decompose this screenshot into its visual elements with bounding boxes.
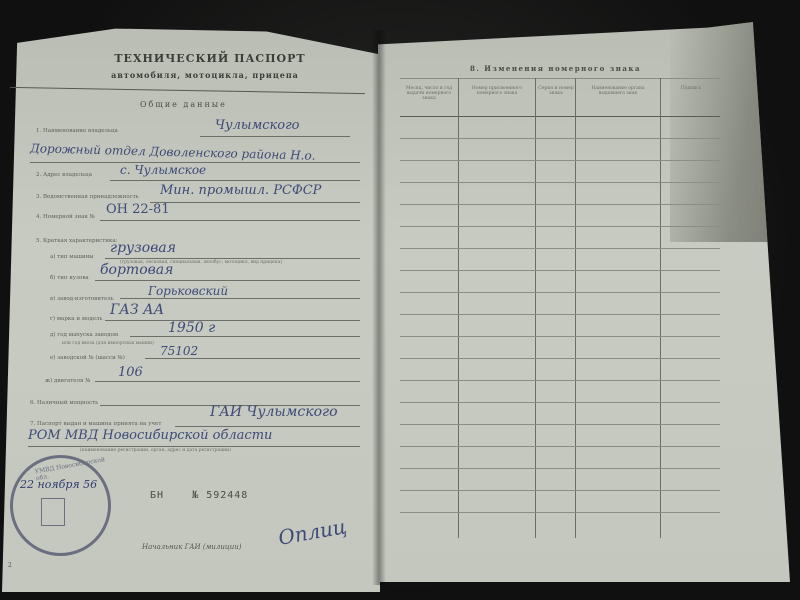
table-row-rule xyxy=(400,446,720,447)
char-b-value: бортовая xyxy=(100,262,173,278)
field-3-value: Мин. промышл. РСФСР xyxy=(160,183,321,198)
table-row-rule xyxy=(400,468,720,469)
table-row-rule xyxy=(400,314,720,315)
char-g-value: 106 xyxy=(118,365,143,380)
field-line xyxy=(130,336,360,337)
field-line xyxy=(110,180,360,181)
right-page xyxy=(378,22,790,582)
field-line xyxy=(100,220,360,221)
table-col-divider xyxy=(575,78,576,538)
field-line xyxy=(105,258,360,259)
changes-table-title: 8. Изменения номерного знака xyxy=(470,64,641,73)
col-header-1: Месяц, число и год выдачи номерного знак… xyxy=(402,86,456,101)
char-d-value: ГАЗ АА xyxy=(110,302,164,318)
field-7-value2: РОМ МВД Новосибирской области xyxy=(28,428,272,443)
char-c-value: Горьковский xyxy=(148,284,228,298)
field-3-label: 3. Ведомственная принадлежность xyxy=(36,194,139,200)
stamp-emblem xyxy=(41,498,65,526)
table-row-rule xyxy=(400,336,720,337)
table-row-rule xyxy=(400,292,720,293)
col-header-5: Подпись xyxy=(662,86,720,91)
passport-subtitle: автомобиля, мотоцикла, прицепа xyxy=(70,70,340,80)
field-1-label: 1. Наименование владельца xyxy=(36,128,118,134)
field-line xyxy=(95,381,360,382)
char-a-value: грузовая xyxy=(110,240,176,256)
table-row-rule xyxy=(400,490,720,491)
field-2-label: 2. Адрес владельца xyxy=(36,172,92,178)
char-e-value: 1950 г xyxy=(168,320,215,336)
table-row-rule xyxy=(400,226,720,227)
characteristics-label: 5. Краткая характеристика: xyxy=(36,238,118,244)
table-header-rule xyxy=(400,116,720,117)
page-number: 2 xyxy=(8,562,12,569)
col-header-2: Номер присвоенного номерного знака xyxy=(462,86,532,96)
char-b-label: б) тип кузова xyxy=(50,275,89,281)
field-7-value: ГАИ Чулымского xyxy=(210,404,338,420)
table-row-rule xyxy=(400,424,720,425)
field-7-label: 7. Паспорт выдан и машина принята на уче… xyxy=(30,421,161,427)
table-row-rule xyxy=(400,402,720,403)
official-stamp: УМВД Новосибирской обл. xyxy=(10,455,111,556)
field-line xyxy=(28,446,360,447)
field-line xyxy=(120,298,360,299)
field-6-label: 6. Наличный мощность xyxy=(30,400,98,406)
char-a-label: а) тип машины xyxy=(50,254,94,260)
field-2-value: с. Чулымское xyxy=(120,163,206,177)
table-top-rule xyxy=(400,78,720,79)
field-4-value: ОН 22-81 xyxy=(106,202,170,217)
char-g-label: ж) двигателя № xyxy=(45,378,90,384)
char-f-value: 75102 xyxy=(160,344,198,358)
field-line xyxy=(145,358,360,359)
field-line xyxy=(200,136,350,137)
char-e-label: д) год выпуска заводом xyxy=(50,332,118,338)
table-row-rule xyxy=(400,204,720,205)
book-gutter xyxy=(372,30,386,585)
table-row-rule xyxy=(400,138,720,139)
stamp-date: 22 ноября 56 xyxy=(20,478,97,491)
char-c-label: в) завод-изготовитель xyxy=(50,296,114,302)
char-d-label: г) марка и модель xyxy=(50,316,102,322)
field-7-hint: (наименование регистрации, орган, адрес … xyxy=(80,448,231,453)
chief-label: Начальник ГАИ (милиции) xyxy=(142,543,242,551)
field-line xyxy=(150,202,360,203)
table-row-rule xyxy=(400,160,720,161)
table-row-rule xyxy=(400,358,720,359)
field-1-value: Чулымского xyxy=(215,118,300,133)
col-header-3: Серия и номер знака xyxy=(538,86,574,96)
table-col-divider xyxy=(458,78,459,538)
table-col-divider xyxy=(660,78,661,538)
col-header-4: Наименование органа выдавшего знак xyxy=(578,86,658,96)
serial-number: БН № 592448 xyxy=(150,490,248,501)
section-general: Общие данные xyxy=(140,100,227,109)
field-line xyxy=(175,426,360,427)
char-e-hint: или год ввоза (для импортных машин) xyxy=(62,341,154,346)
passport-title: ТЕХНИЧЕСКИЙ ПАСПОРТ xyxy=(90,52,330,65)
field-4-label: 4. Номерной знак № xyxy=(36,214,95,220)
field-line xyxy=(105,320,360,321)
table-row-rule xyxy=(400,248,720,249)
field-line xyxy=(95,280,360,281)
table-row-rule xyxy=(400,182,720,183)
table-row-rule xyxy=(400,270,720,271)
char-f-label: е) заводской № (шасси №) xyxy=(50,355,125,361)
table-row-rule xyxy=(400,380,720,381)
table-row-rule xyxy=(400,512,720,513)
table-col-divider xyxy=(535,78,536,538)
